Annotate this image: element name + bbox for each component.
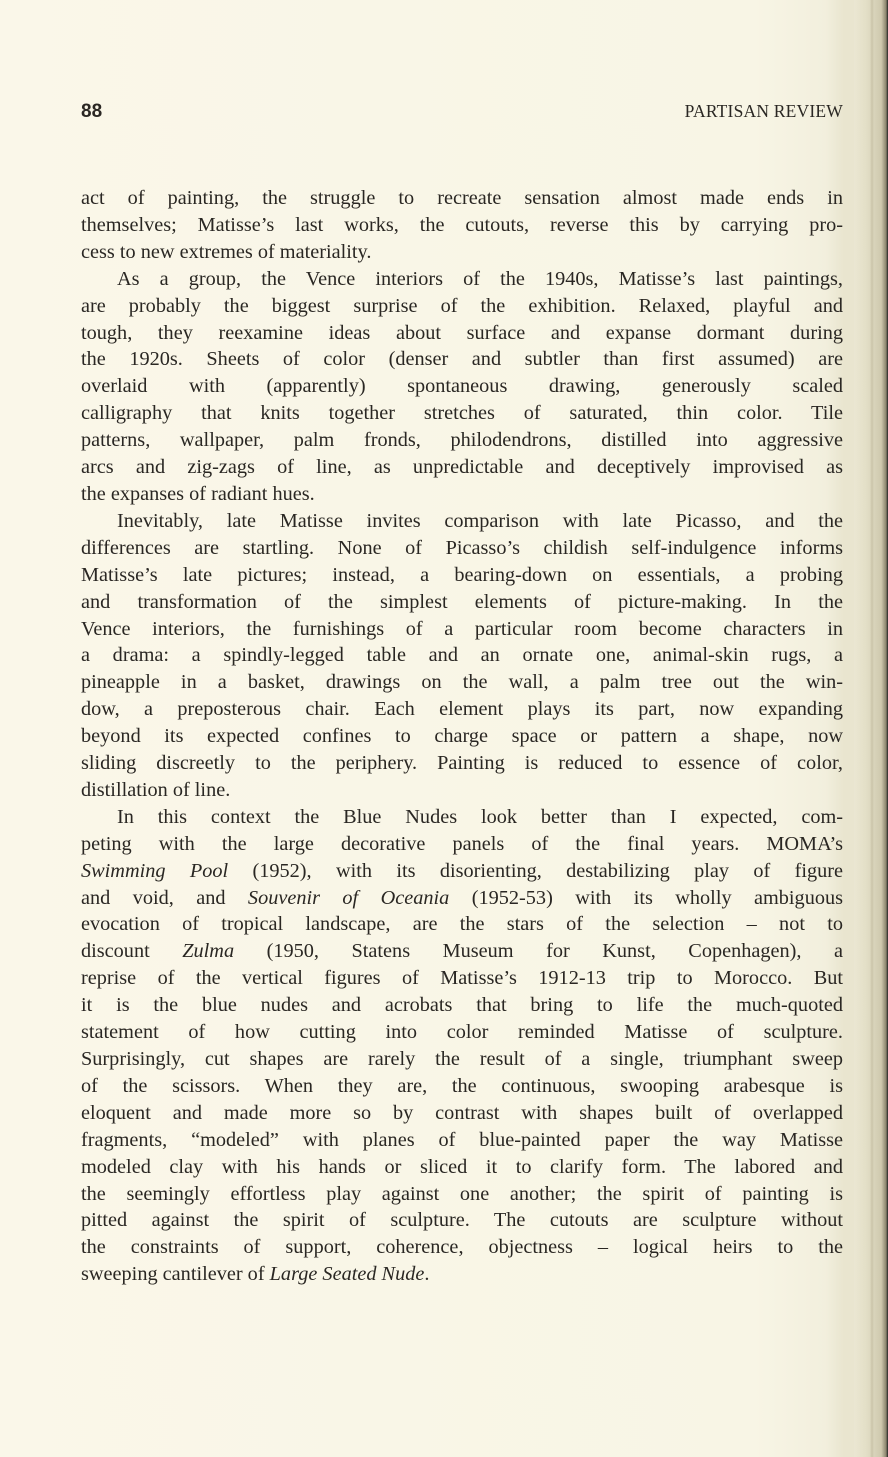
text-line: discount Zulma (1950, Statens Museum for… [81,938,843,965]
text-line: tough, they reexamine ideas about surfac… [81,320,843,347]
text-line: the seemingly effortless play against on… [81,1181,843,1208]
text-line: of the scissors. When they are, the cont… [81,1073,843,1100]
running-head: PARTISAN REVIEW [685,101,843,122]
text-line: reprise of the vertical figures of Matis… [81,965,843,992]
text-line: themselves; Matisse’s last works, the cu… [81,212,843,239]
text-line: fragments, “modeled” with planes of blue… [81,1127,843,1154]
text-line: the constraints of support, coherence, o… [81,1234,843,1261]
article-body: act of painting, the struggle to recreat… [81,185,843,1288]
text-line: As a group, the Vence interiors of the 1… [81,266,843,293]
text-line: and void, and Souvenir of Oceania (1952-… [81,885,843,912]
text-line: arcs and zig-zags of line, as unpredicta… [81,454,843,481]
text-line: sliding discreetly to the periphery. Pai… [81,750,843,777]
text-line: cess to new extremes of materiality. [81,239,843,266]
text-line: Inevitably, late Matisse invites compari… [81,508,843,535]
text-line: Swimming Pool (1952), with its disorient… [81,858,843,885]
paragraph: In this context the Blue Nudes look bett… [81,804,843,1288]
text-line: it is the blue nudes and acrobats that b… [81,992,843,1019]
text-line: the 1920s. Sheets of color (denser and s… [81,346,843,373]
text-line: evocation of tropical landscape, are the… [81,911,843,938]
text-line: distillation of line. [81,777,843,804]
paragraph: act of painting, the struggle to recreat… [81,185,843,266]
paragraph: As a group, the Vence interiors of the 1… [81,266,843,508]
text-line: pitted against the spirit of sculpture. … [81,1207,843,1234]
text-line: sweeping cantilever of Large Seated Nude… [81,1261,843,1288]
artwork-title: Swimming Pool [81,860,228,882]
text-line: beyond its expected confines to charge s… [81,723,843,750]
page-number: 88 [81,101,102,123]
text-line: differences are startling. None of Picas… [81,535,843,562]
text-line: In this context the Blue Nudes look bett… [81,804,843,831]
text-line: are probably the biggest surprise of the… [81,293,843,320]
artwork-title: Zulma [182,940,234,962]
artwork-title: Souvenir of Oceania [248,887,449,909]
text-line: a drama: a spindly-legged table and an o… [81,642,843,669]
text-line: dow, a preposterous chair. Each element … [81,696,843,723]
text-line: and transformation of the simplest eleme… [81,589,843,616]
text-line: act of painting, the struggle to recreat… [81,185,843,212]
text-line: statement of how cutting into color remi… [81,1019,843,1046]
text-line: patterns, wallpaper, palm fronds, philod… [81,427,843,454]
artwork-title: Large Seated Nude [270,1263,425,1285]
paragraph: Inevitably, late Matisse invites compari… [81,508,843,804]
text-line: Vence interiors, the furnishings of a pa… [81,616,843,643]
text-line: calligraphy that knits together stretche… [81,400,843,427]
text-line: pineapple in a basket, drawings on the w… [81,669,843,696]
page-edge-shadow [870,0,874,1457]
text-line: peting with the large decorative panels … [81,831,843,858]
text-line: the expanses of radiant hues. [81,481,843,508]
page-header: 88 PARTISAN REVIEW [81,101,843,127]
text-line: Surprisingly, cut shapes are rarely the … [81,1046,843,1073]
text-line: Matisse’s late pictures; instead, a bear… [81,562,843,589]
text-line: modeled clay with his hands or sliced it… [81,1154,843,1181]
text-line: overlaid with (apparently) spontaneous d… [81,373,843,400]
text-line: eloquent and made more so by contrast wi… [81,1100,843,1127]
